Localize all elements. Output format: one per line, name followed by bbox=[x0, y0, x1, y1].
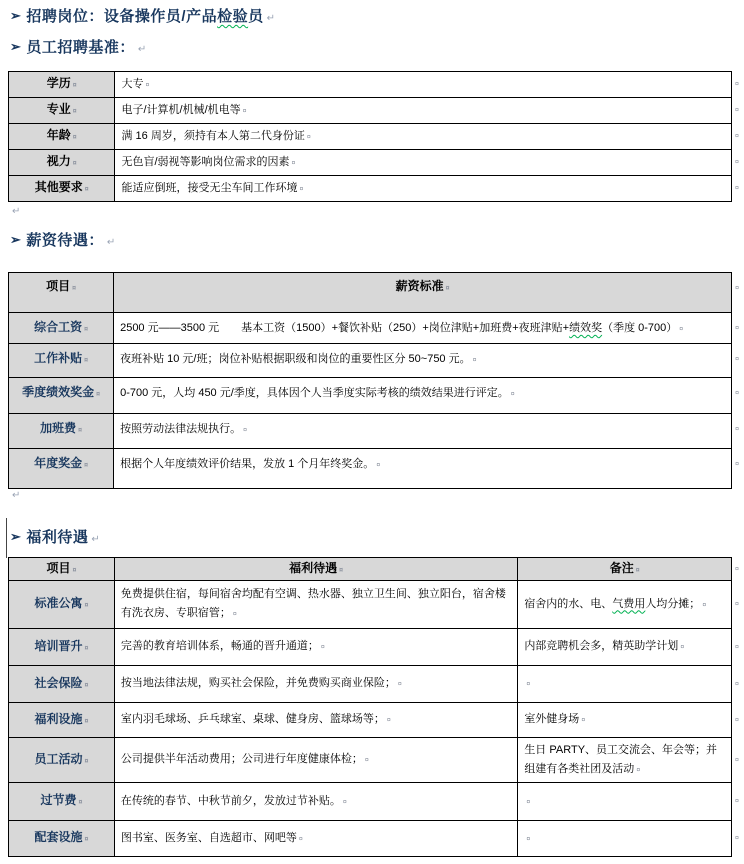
table-header-row: 项目¤ 福利待遇¤ 备注¤ ¤ bbox=[9, 558, 744, 581]
row-label-cell: 社会保险¤ bbox=[9, 666, 115, 703]
cell-end-mark: ¤ bbox=[307, 134, 311, 141]
cell-end-mark: ¤ bbox=[72, 567, 76, 574]
row-end-mark: ¤ bbox=[732, 72, 744, 98]
cell-end-mark: ¤ bbox=[72, 285, 76, 292]
table-row: 福利设施¤ 室内羽毛球场、乒乓球室、桌球、健身房、篮球场等；¤ 室外健身场¤ ¤ bbox=[9, 703, 744, 738]
cell-end-mark: ¤ bbox=[387, 717, 391, 724]
row-end-mark: ¤ bbox=[732, 313, 744, 344]
paragraph-mark: ↵ bbox=[12, 206, 20, 217]
row-value-cell: 免费提供住宿，每间宿舍均配有空调、热水器、独立卫生间、独立阳台，宿舍楼有洗衣房、… bbox=[114, 581, 517, 629]
paragraph-mark: ↵ bbox=[107, 237, 116, 248]
row-end-mark: ¤ bbox=[732, 581, 744, 629]
paragraph-mark: ↵ bbox=[91, 534, 100, 545]
remark-cell: ¤ bbox=[518, 666, 732, 703]
welfare-table: 项目¤ 福利待遇¤ 备注¤ ¤ 标准公寓¤ 免费提供住宿，每间宿舍均配有空调、热… bbox=[8, 557, 744, 857]
row-label-cell: 加班费¤ bbox=[9, 414, 114, 449]
row-value-cell: 在传统的春节、中秋节前夕，发放过节补贴。¤ bbox=[114, 783, 517, 821]
column-header-cell: 备注¤ bbox=[518, 558, 732, 581]
row-value-cell: 按当地法律法规，购买社会保险，并免费购买商业保险；¤ bbox=[114, 666, 517, 703]
cell-end-mark: ¤ bbox=[398, 681, 402, 688]
heading-text: 员工招聘基准： bbox=[26, 39, 135, 56]
remark-cell: 室外健身场¤ bbox=[518, 703, 732, 738]
cell-end-mark: ¤ bbox=[365, 757, 369, 764]
remark-cell: 生日 PARTY、员工交流会、年会等；并组建有各类社团及活动¤ bbox=[518, 738, 732, 783]
table-row: 年龄¤ 满 16 周岁，须持有本人第二代身份证¤ ¤ bbox=[9, 124, 744, 150]
row-value-cell: 夜班补贴 10 元/班；岗位补贴根据职级和岗位的重要性区分 50~750 元。¤ bbox=[114, 344, 732, 378]
cell-end-mark: ¤ bbox=[145, 82, 149, 89]
row-label-cell: 员工活动¤ bbox=[9, 738, 115, 783]
cell-end-mark: ¤ bbox=[73, 134, 77, 141]
cell-end-mark: ¤ bbox=[511, 391, 515, 398]
row-label-cell: 其他要求¤ bbox=[9, 176, 115, 202]
row-value-cell: 室内羽毛球场、乒乓球室、桌球、健身房、篮球场等；¤ bbox=[114, 703, 517, 738]
cell-end-mark: ¤ bbox=[84, 718, 88, 725]
table-row: 其他要求¤ 能适应倒班，接受无尘车间工作环境¤ ¤ bbox=[9, 176, 744, 202]
recruitment-position-heading: ➢招聘岗位：设备操作员/产品检验员↵ bbox=[10, 5, 276, 26]
column-header-cell: 薪资标准¤ bbox=[114, 273, 732, 313]
arrow-bullet-icon: ➢ bbox=[10, 39, 21, 55]
table-row: 社会保险¤ 按当地法律法规，购买社会保险，并免费购买商业保险；¤ ¤ ¤ bbox=[9, 666, 744, 703]
cell-end-mark: ¤ bbox=[84, 836, 88, 843]
table-row: 专业¤ 电子/计算机/机械/机电等¤ ¤ bbox=[9, 98, 744, 124]
row-label-cell: 学历¤ bbox=[9, 72, 115, 98]
column-header-cell: 项目¤ bbox=[9, 558, 115, 581]
row-value-cell: 2500 元——3500 元 基本工资（1500）+餐饮补贴（250）+岗位津贴… bbox=[114, 313, 732, 344]
row-label-cell: 培训晋升¤ bbox=[9, 629, 115, 666]
row-label-cell: 季度绩效奖金¤ bbox=[9, 378, 114, 414]
basic-requirements-table: 学历¤ 大专¤ ¤ 专业¤ 电子/计算机/机械/机电等¤ ¤ 年龄¤ 满 16 … bbox=[8, 71, 744, 202]
table-row: 员工活动¤ 公司提供半年活动费用；公司进行年度健康体检；¤ 生日 PARTY、员… bbox=[9, 738, 744, 783]
cell-end-mark: ¤ bbox=[84, 462, 88, 469]
revision-bar bbox=[6, 518, 7, 558]
recruitment-criteria-heading: ➢员工招聘基准：↵ bbox=[10, 36, 147, 57]
table-row: 综合工资¤ 2500 元——3500 元 基本工资（1500）+餐饮补贴（250… bbox=[9, 313, 744, 344]
cell-end-mark: ¤ bbox=[73, 82, 77, 89]
cell-end-mark: ¤ bbox=[84, 645, 88, 652]
cell-end-mark: ¤ bbox=[376, 462, 380, 469]
row-value-cell: 满 16 周岁，须持有本人第二代身份证¤ bbox=[115, 124, 732, 150]
heading-text: 员 bbox=[248, 8, 264, 25]
row-value-cell: 无色盲/弱视等影响岗位需求的因素¤ bbox=[115, 150, 732, 176]
row-label-cell: 过节费¤ bbox=[9, 783, 115, 821]
remark-cell: ¤ bbox=[518, 783, 732, 821]
row-end-mark: ¤ bbox=[732, 98, 744, 124]
table-row: 培训晋升¤ 完善的教育培训体系，畅通的晋升通道；¤ 内部竞聘机会多，精英助学计划… bbox=[9, 629, 744, 666]
row-value-cell: 公司提供半年活动费用；公司进行年度健康体检；¤ bbox=[114, 738, 517, 783]
row-end-mark: ¤ bbox=[732, 703, 744, 738]
row-end-mark: ¤ bbox=[732, 738, 744, 783]
cell-end-mark: ¤ bbox=[84, 326, 88, 333]
row-end-mark: ¤ bbox=[732, 629, 744, 666]
cell-end-mark: ¤ bbox=[446, 285, 450, 292]
cell-end-mark: ¤ bbox=[233, 611, 237, 618]
row-value-cell: 完善的教育培训体系，畅通的晋升通道；¤ bbox=[114, 629, 517, 666]
table-header-row: 项目¤ 薪资标准¤ ¤ bbox=[9, 273, 744, 313]
row-value-cell: 能适应倒班，接受无尘车间工作环境¤ bbox=[115, 176, 732, 202]
arrow-bullet-icon: ➢ bbox=[10, 529, 21, 545]
salary-table: 项目¤ 薪资标准¤ ¤ 综合工资¤ 2500 元——3500 元 基本工资（15… bbox=[8, 272, 744, 489]
row-label-cell: 视力¤ bbox=[9, 150, 115, 176]
table-row: 季度绩效奖金¤ 0-700 元，人均 450 元/季度，具体因个人当季度实际考核… bbox=[9, 378, 744, 414]
heading-text: 薪资待遇： bbox=[26, 232, 104, 249]
paragraph-mark: ↵ bbox=[138, 44, 147, 55]
row-end-mark: ¤ bbox=[732, 783, 744, 821]
cell-end-mark: ¤ bbox=[702, 602, 706, 609]
spellcheck-squiggle: 气费用 bbox=[612, 598, 645, 610]
cell-end-mark: ¤ bbox=[73, 160, 77, 167]
row-label-cell: 年度奖金¤ bbox=[9, 449, 114, 489]
row-label-cell: 专业¤ bbox=[9, 98, 115, 124]
row-value-cell: 图书室、医务室、自选超市、网吧等¤ bbox=[114, 821, 517, 857]
cell-end-mark: ¤ bbox=[243, 108, 247, 115]
row-end-mark: ¤ bbox=[732, 449, 744, 489]
row-end-mark: ¤ bbox=[732, 150, 744, 176]
cell-end-mark: ¤ bbox=[581, 717, 585, 724]
welfare-section-heading: ➢福利待遇↵ bbox=[10, 526, 100, 547]
cell-end-mark: ¤ bbox=[526, 799, 530, 806]
arrow-bullet-icon: ➢ bbox=[10, 232, 21, 248]
cell-end-mark: ¤ bbox=[85, 186, 89, 193]
column-header-cell: 福利待遇¤ bbox=[114, 558, 517, 581]
row-end-mark: ¤ bbox=[732, 666, 744, 703]
row-value-cell: 按照劳动法律法规执行。¤ bbox=[114, 414, 732, 449]
row-end-mark: ¤ bbox=[732, 124, 744, 150]
cell-end-mark: ¤ bbox=[299, 836, 303, 843]
table-row: 学历¤ 大专¤ ¤ bbox=[9, 72, 744, 98]
heading-text: 招聘岗位：设备操作员/产品 bbox=[26, 8, 217, 25]
row-label-cell: 工作补贴¤ bbox=[9, 344, 114, 378]
salary-section-heading: ➢薪资待遇：↵ bbox=[10, 229, 116, 250]
cell-end-mark: ¤ bbox=[78, 799, 82, 806]
cell-end-mark: ¤ bbox=[96, 391, 100, 398]
cell-end-mark: ¤ bbox=[636, 767, 640, 774]
cell-end-mark: ¤ bbox=[636, 567, 640, 574]
row-value-cell: 大专¤ bbox=[115, 72, 732, 98]
cell-end-mark: ¤ bbox=[299, 186, 303, 193]
cell-end-mark: ¤ bbox=[343, 799, 347, 806]
cell-end-mark: ¤ bbox=[680, 644, 684, 651]
cell-end-mark: ¤ bbox=[84, 758, 88, 765]
column-header-cell: 项目¤ bbox=[9, 273, 114, 313]
row-value-cell: 根据个人年度绩效评价结果，发放 1 个月年终奖金。¤ bbox=[114, 449, 732, 489]
row-label-cell: 标准公寓¤ bbox=[9, 581, 115, 629]
spellcheck-squiggle: 检验 bbox=[217, 8, 248, 25]
cell-end-mark: ¤ bbox=[679, 326, 683, 333]
cell-end-mark: ¤ bbox=[339, 567, 343, 574]
paragraph-mark: ↵ bbox=[267, 13, 276, 24]
row-label-cell: 综合工资¤ bbox=[9, 313, 114, 344]
cell-end-mark: ¤ bbox=[84, 682, 88, 689]
table-row: 配套设施¤ 图书室、医务室、自选超市、网吧等¤ ¤ ¤ bbox=[9, 821, 744, 857]
document-page: ➢招聘岗位：设备操作员/产品检验员↵ ➢员工招聘基准：↵ 学历¤ 大专¤ ¤ 专… bbox=[0, 0, 744, 864]
remark-cell: 宿舍内的水、电、气费用人均分摊；¤ bbox=[518, 581, 732, 629]
row-label-cell: 年龄¤ bbox=[9, 124, 115, 150]
table-row: 加班费¤ 按照劳动法律法规执行。¤ ¤ bbox=[9, 414, 744, 449]
row-end-mark: ¤ bbox=[732, 176, 744, 202]
table-row: 过节费¤ 在传统的春节、中秋节前夕，发放过节补贴。¤ ¤ ¤ bbox=[9, 783, 744, 821]
heading-text: 福利待遇 bbox=[26, 529, 88, 546]
cell-end-mark: ¤ bbox=[84, 357, 88, 364]
cell-end-mark: ¤ bbox=[526, 681, 530, 688]
cell-end-mark: ¤ bbox=[243, 427, 247, 434]
row-label-cell: 配套设施¤ bbox=[9, 821, 115, 857]
spellcheck-squiggle: 绩效奖 bbox=[569, 322, 602, 334]
row-value-cell: 0-700 元，人均 450 元/季度，具体因个人当季度实际考核的绩效结果进行评… bbox=[114, 378, 732, 414]
remark-cell: ¤ bbox=[518, 821, 732, 857]
row-end-mark: ¤ bbox=[732, 821, 744, 857]
table-row: 标准公寓¤ 免费提供住宿，每间宿舍均配有空调、热水器、独立卫生间、独立阳台，宿舍… bbox=[9, 581, 744, 629]
cell-end-mark: ¤ bbox=[526, 836, 530, 843]
row-end-mark: ¤ bbox=[732, 273, 744, 313]
cell-end-mark: ¤ bbox=[73, 108, 77, 115]
row-end-mark: ¤ bbox=[732, 558, 744, 581]
table-row: 工作补贴¤ 夜班补贴 10 元/班；岗位补贴根据职级和岗位的重要性区分 50~7… bbox=[9, 344, 744, 378]
remark-cell: 内部竞聘机会多，精英助学计划¤ bbox=[518, 629, 732, 666]
table-row: 视力¤ 无色盲/弱视等影响岗位需求的因素¤ ¤ bbox=[9, 150, 744, 176]
row-label-cell: 福利设施¤ bbox=[9, 703, 115, 738]
cell-end-mark: ¤ bbox=[321, 644, 325, 651]
table-row: 年度奖金¤ 根据个人年度绩效评价结果，发放 1 个月年终奖金。¤ ¤ bbox=[9, 449, 744, 489]
row-value-cell: 电子/计算机/机械/机电等¤ bbox=[115, 98, 732, 124]
row-end-mark: ¤ bbox=[732, 344, 744, 378]
row-end-mark: ¤ bbox=[732, 378, 744, 414]
cell-end-mark: ¤ bbox=[84, 602, 88, 609]
arrow-bullet-icon: ➢ bbox=[10, 8, 21, 24]
row-end-mark: ¤ bbox=[732, 414, 744, 449]
cell-end-mark: ¤ bbox=[292, 160, 296, 167]
paragraph-mark: ↵ bbox=[12, 490, 20, 501]
cell-end-mark: ¤ bbox=[473, 357, 477, 364]
cell-end-mark: ¤ bbox=[78, 427, 82, 434]
